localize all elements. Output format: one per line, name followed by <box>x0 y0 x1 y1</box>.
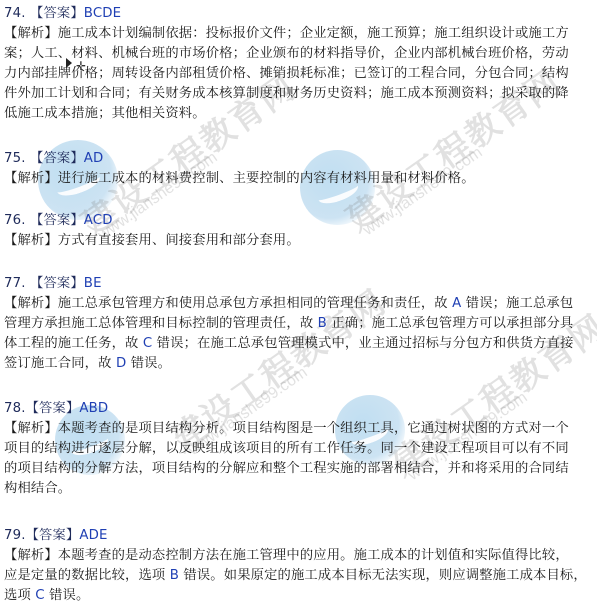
answer-header-79: 79.【答案】ADE <box>4 526 597 546</box>
text-segment: 正确；施工总承包管理方可以承担部分具 <box>327 316 573 331</box>
answer-header-75: 75. 【答案】AD <box>4 149 597 169</box>
question-number: 74. <box>4 6 26 21</box>
text-segment: 错误。如果原定的施工成本目标无法实现，则应调整施工成本目标， <box>179 568 587 583</box>
answer-label: 【答案】 <box>30 151 84 166</box>
analysis-line: 【解析】施工成本计划编制依据：投标报价文件；企业定额，施工预算；施工组织设计或施… <box>4 24 597 44</box>
analysis-line: 【解析】本题考查的是项目结构分析。项目结构图是一个组织工具，它通过树状图的方式对… <box>4 419 597 439</box>
analysis-line: 【解析】方式有直接套用、间接套用和部分套用。 <box>4 231 597 251</box>
option-letter: A <box>452 296 461 311</box>
question-number: 78. <box>4 401 26 416</box>
text-segment: 【解析】施工总承包管理方和使用总承包方承担相同的管理任务和责任，故 <box>4 296 452 311</box>
question-number: 79. <box>4 528 26 543</box>
text-segment: 错误。 <box>45 588 90 603</box>
answer-document: 建设工程教育网 www.jianshe99.com 建设工程教育网 www.ji… <box>0 0 597 603</box>
text-segment: 错误；施工总承包 <box>461 296 573 311</box>
analysis-line: 【解析】本题考查的是动态控制方法在施工管理中的应用。施工成本的计划值和实际值得比… <box>4 546 597 566</box>
option-letter: C <box>143 336 152 351</box>
analysis-line: 体工程的施工任务，故 C 错误；在施工总承包管理模式中，业主通过招标与分包方和供… <box>4 334 597 354</box>
answer-value: ADE <box>79 528 107 543</box>
move-cursor-icon: ✛ <box>76 60 86 72</box>
answer-label: 【答案】 <box>30 6 84 21</box>
analysis-line: 构相结合。 <box>4 479 597 499</box>
option-letter: C <box>35 588 44 603</box>
answer-header-77: 77. 【答案】BE <box>4 274 597 294</box>
answer-header-78: 78.【答案】ABD <box>4 399 597 419</box>
analysis-line: 【解析】施工总承包管理方和使用总承包方承担相同的管理任务和责任，故 A 错误；施… <box>4 294 597 314</box>
answer-value: ABD <box>79 401 108 416</box>
analysis-line: 的项目结构的分解方法，项目结构的分解应和整个工程实施的部署相结合，并和将采用的合… <box>4 459 597 479</box>
answer-header-76: 76. 【答案】ACD <box>4 211 597 231</box>
answer-value: AD <box>84 151 104 166</box>
text-segment: 选项 <box>4 588 35 603</box>
answer-label: 【答案】 <box>30 276 84 291</box>
answer-value: BE <box>84 276 102 291</box>
text-segment: 体工程的施工任务，故 <box>4 336 143 351</box>
answer-value: BCDE <box>84 6 121 21</box>
analysis-line: 应是定量的数据比较，选项 B 错误。如果原定的施工成本目标无法实现，则应调整施工… <box>4 566 597 586</box>
mouse-pointer-icon <box>66 58 72 68</box>
question-number: 77. <box>4 276 26 291</box>
text-segment: 签订施工合同，故 <box>4 356 116 371</box>
option-letter: B <box>170 568 179 583</box>
answer-label: 【答案】 <box>26 528 80 543</box>
answer-value: ACD <box>84 213 113 228</box>
analysis-line: 【解析】进行施工成本的材料费控制、主要控制的内容有材料用量和材料价格。 <box>4 169 597 189</box>
analysis-line: 项目的结构进行逐层分解，以反映组成该项目的所有工作任务。同一个建设工程项目可以有… <box>4 439 597 459</box>
text-segment: 错误。 <box>126 356 171 371</box>
answer-label: 【答案】 <box>30 213 84 228</box>
question-number: 76. <box>4 213 26 228</box>
analysis-line: 力内部挂牌价格；周转设备内部租赁价格、摊销损耗标准；已签订的工程合同，分包合同；… <box>4 64 597 84</box>
option-letter: B <box>318 316 327 331</box>
answer-header-74: 74. 【答案】BCDE <box>4 4 597 24</box>
text-segment: 错误；在施工总承包管理模式中，业主通过招标与分包方和供货方直接 <box>152 336 573 351</box>
answer-label: 【答案】 <box>26 401 80 416</box>
analysis-line: 签订施工合同，故 D 错误。 <box>4 354 597 374</box>
option-letter: D <box>116 356 126 371</box>
analysis-line: 件外加工计划和合同；有关财务成本核算制度和财务历史资料；施工成本预测资料；拟采取… <box>4 84 597 104</box>
question-number: 75. <box>4 151 26 166</box>
analysis-line: 选项 C 错误。 <box>4 586 597 603</box>
text-segment: 管理方承担施工总体管理和目标控制的管理责任，故 <box>4 316 318 331</box>
text-segment: 应是定量的数据比较，选项 <box>4 568 170 583</box>
analysis-line: 案；人工、材料、机械台班的市场价格；企业颁布的材料指导价，企业内部机械台班价格，… <box>4 44 597 64</box>
analysis-line: 低施工成本措施；其他相关资料。 <box>4 104 597 124</box>
analysis-line: 管理方承担施工总体管理和目标控制的管理责任，故 B 正确；施工总承包管理方可以承… <box>4 314 597 334</box>
